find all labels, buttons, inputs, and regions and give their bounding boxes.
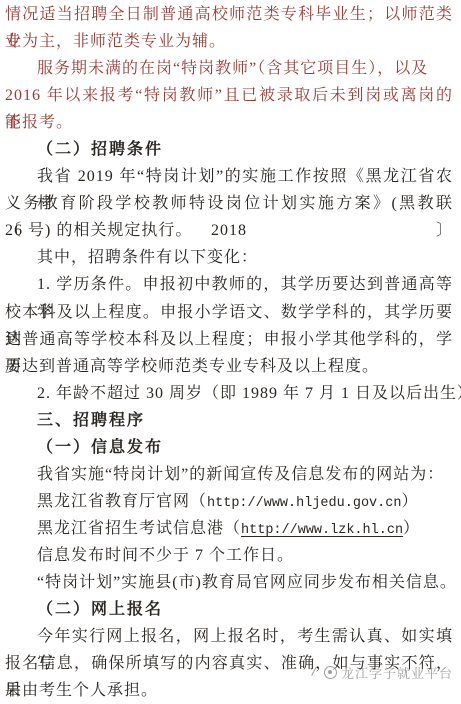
document-page: 情况适当招聘全日制普通高校师范类专科毕业生；以师范类专 业为主，非师范类专业为辅… [0, 0, 461, 704]
doc-line: 2016 年以来报考“特岗教师”且已被录取后未到岗或离岗的不 [5, 82, 453, 109]
section-heading-info-release: （一）信息发布 [5, 434, 453, 461]
doc-line: 我省实施“特岗计划”的新闻宣传及信息发布的网站为： [5, 461, 453, 488]
doc-line: 到普通高等学校本科及以上程度；申报小学其他学科的，学历 [5, 326, 453, 353]
website-label: 黑龙江省教育厅官网（ [37, 493, 207, 510]
doc-line: 信息发布时间不少于 7 个工作日。 [5, 542, 453, 569]
doc-line: 1. 学历条件。申报初中教师的，其学历要达到普通高等学 [5, 271, 453, 298]
section-heading-recruitment-conditions: （二）招聘条件 [5, 136, 453, 163]
doc-line: 情况适当招聘全日制普通高校师范类专科毕业生；以师范类专 [5, 1, 453, 28]
lzk-url-link[interactable]: http://www.lzk.hl.cn [241, 523, 403, 538]
watermark-label: 龙江学子就业平台 [341, 663, 453, 682]
website-label: ） [401, 493, 418, 510]
doc-line: 我省 2019 年“特岗计划”的实施工作按照《黑龙江省农村 [5, 163, 453, 190]
doc-line: 今年实行网上报名，网上报名时，考生需认真、如实填写 [5, 623, 453, 650]
doc-line: 其中，招聘条件有以下变化： [5, 244, 453, 271]
doc-line: 2. 年龄不超过 30 周岁（即 1989 年 7 月 1 日及以后出生）。 [5, 380, 453, 407]
watermark-tick-icon [311, 666, 324, 679]
longjiang-logo-icon [324, 666, 337, 679]
document-body: 情况适当招聘全日制普通高校师范类专科毕业生；以师范类专 业为主，非师范类专业为辅… [5, 1, 453, 704]
website-line-lzk: 黑龙江省招生考试信息港（http://www.lzk.hl.cn） [5, 515, 453, 542]
website-label: ） [403, 520, 420, 537]
doc-line: 服务期未满的在岗“特岗教师”（含其它项目生），以及 [5, 55, 453, 82]
doc-line: 校本科及以上程度。申报小学语文、数学学科的，其学历要达 [5, 299, 453, 326]
doc-line: 业为主，非师范类专业为辅。 [5, 28, 453, 55]
section-heading-recruitment-procedure: 三、招聘程序 [5, 407, 453, 434]
doc-line: “特岗计划”实施县(市)教育局官网应同步发布相关信息。 [5, 569, 453, 596]
doc-line: 能报考。 [5, 109, 453, 136]
doc-line: 要达到普通高等学校师范类专业专科及以上程度。 [5, 353, 453, 380]
section-heading-online-registration: （二）网上报名 [5, 596, 453, 623]
hljedu-url: http://www.hljedu.gov.cn [207, 496, 401, 511]
website-line-hljedu: 黑龙江省教育厅官网（http://www.hljedu.gov.cn） [5, 488, 453, 515]
website-label: 黑龙江省招生考试信息港（ [37, 520, 241, 537]
watermark: 龙江学子就业平台 [313, 663, 453, 682]
doc-line: 义务教育阶段学校教师特设岗位计划实施方案》(黑教联〔2018〕 [5, 190, 453, 217]
